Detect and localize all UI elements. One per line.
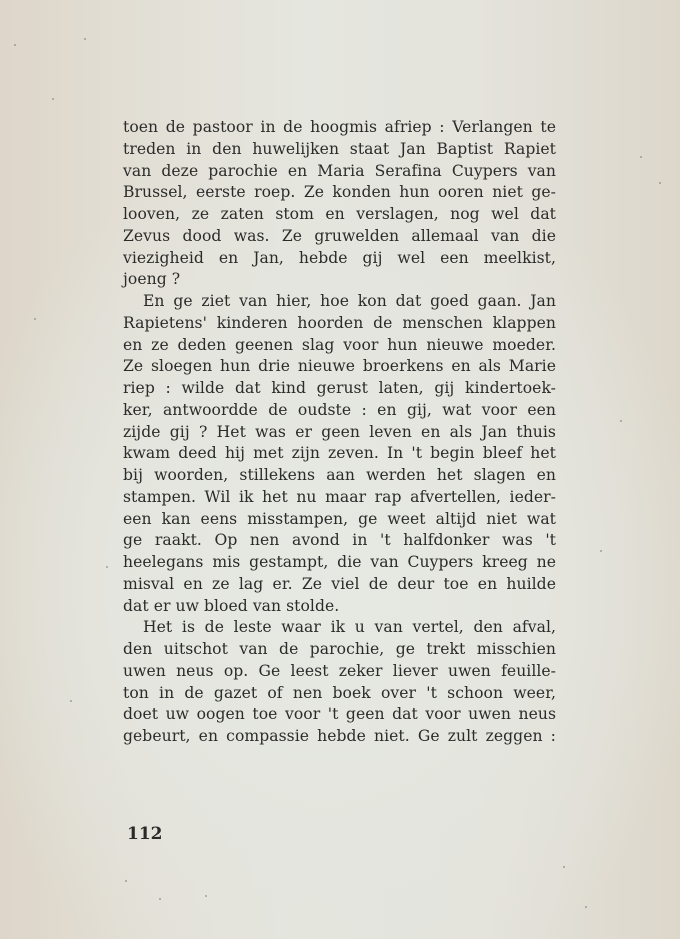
paper-speck [620, 420, 622, 422]
text-line: ton in de gazet of nen boek over 't scho… [123, 683, 556, 705]
text-line: en ze deden geenen slag voor hun nieuwe … [123, 335, 556, 357]
text-line: Zevus dood was. Ze gruwelden allemaal va… [123, 226, 556, 248]
text-line: ge raakt. Op nen avond in 't halfdonker … [123, 530, 556, 552]
text-line: treden in den huwelijken staat Jan Bapti… [123, 139, 556, 161]
text-line: misval en ze lag er. Ze viel de deur toe… [123, 574, 556, 596]
text-line: zijde gij ? Het was er geen leven en als… [123, 422, 556, 444]
text-line: Het is de leste waar ik u van vertel, de… [123, 617, 556, 639]
page-number: 112 [127, 824, 163, 844]
paper-speck [159, 898, 161, 900]
paper-speck [84, 38, 86, 40]
paper-speck [640, 156, 642, 158]
text-line: een kan eens misstampen, ge weet altijd … [123, 509, 556, 531]
text-line: gebeurt, en compassie hebde niet. Ge zul… [123, 726, 556, 748]
text-line: Brussel, eerste roep. Ze konden hun oore… [123, 182, 556, 204]
text-line: Rapietens' kinderen hoorden de menschen … [123, 313, 556, 335]
text-line: Ze sloegen hun drie nieuwe broerkens en … [123, 356, 556, 378]
text-line: toen de pastoor in de hoogmis afriep : V… [123, 117, 556, 139]
text-line: den uitschot van de parochie, ge trekt m… [123, 639, 556, 661]
text-line: riep : wilde dat kind gerust laten, gij … [123, 378, 556, 400]
text-line: En ge ziet van hier, hoe kon dat goed ga… [123, 291, 556, 313]
paper-speck [600, 550, 602, 552]
paragraph-2: En ge ziet van hier, hoe kon dat goed ga… [123, 291, 556, 617]
text-line: doet uw oogen toe voor 't geen dat voor … [123, 704, 556, 726]
text-line: ker, antwoordde de oudste : en gij, wat … [123, 400, 556, 422]
body-text: toen de pastoor in de hoogmis afriep : V… [123, 117, 556, 748]
text-line: van deze parochie en Maria Serafina Cuyp… [123, 161, 556, 183]
text-line: kwam deed hij met zijn zeven. In 't begi… [123, 443, 556, 465]
text-line: looven, ze zaten stom en verslagen, nog … [123, 204, 556, 226]
paper-speck [125, 880, 127, 882]
text-line: dat er uw bloed van stolde. [123, 596, 556, 618]
paper-speck [14, 44, 16, 46]
paper-speck [563, 866, 565, 868]
paper-speck [205, 895, 207, 897]
paper-speck [659, 182, 661, 184]
paragraph-3: Het is de leste waar ik u van vertel, de… [123, 617, 556, 748]
paper-speck [106, 566, 108, 568]
text-line: uwen neus op. Ge leest zeker liever uwen… [123, 661, 556, 683]
paper-speck [34, 318, 36, 320]
text-line: bij woorden, stillekens aan werden het s… [123, 465, 556, 487]
text-line: joeng ? [123, 269, 556, 291]
paragraph-1: toen de pastoor in de hoogmis afriep : V… [123, 117, 556, 291]
text-line: heelegans mis gestampt, die van Cuypers … [123, 552, 556, 574]
text-line: viezigheid en Jan, hebde gij wel een mee… [123, 248, 556, 270]
paper-speck [585, 906, 587, 908]
paper-speck [70, 700, 72, 702]
text-line: stampen. Wil ik het nu maar rap afvertel… [123, 487, 556, 509]
paper-speck [52, 98, 54, 100]
